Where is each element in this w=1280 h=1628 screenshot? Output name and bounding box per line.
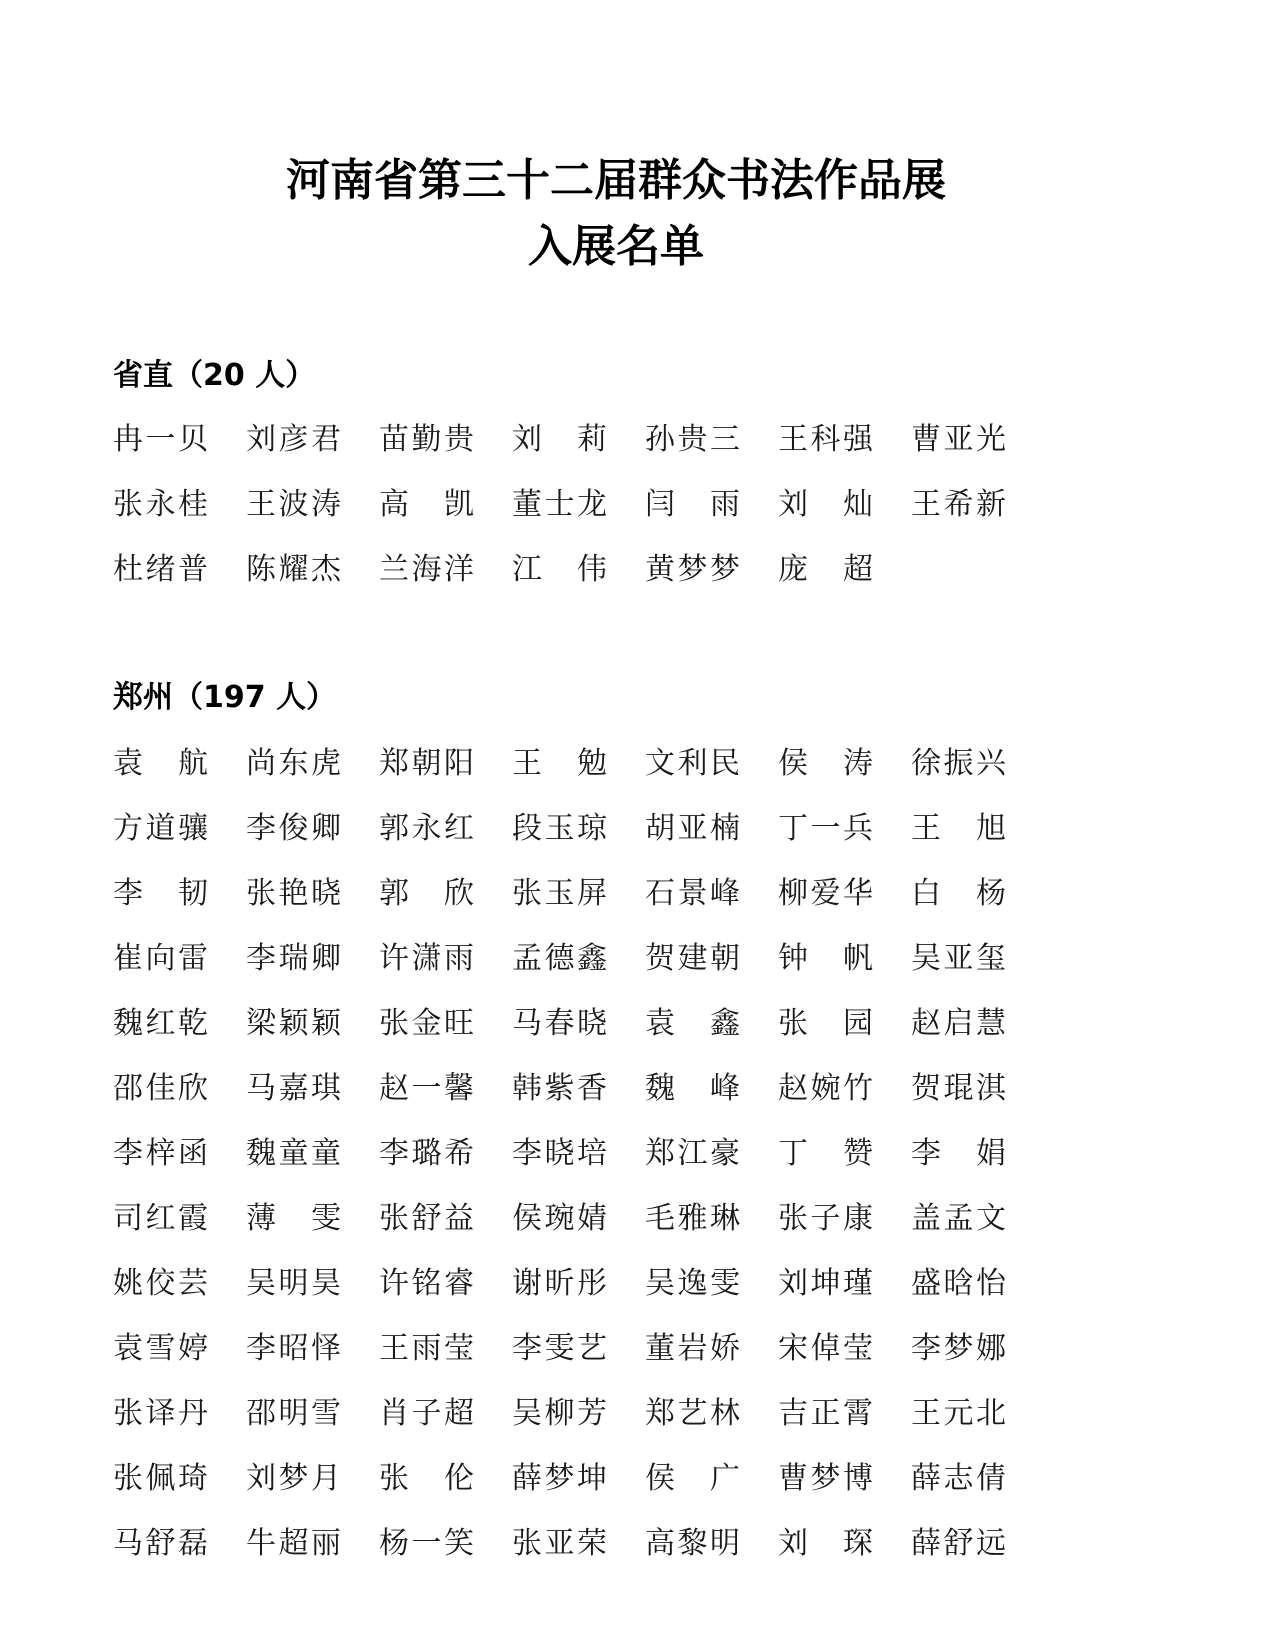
name-entry: 吉正霄 bbox=[778, 1394, 873, 1434]
name-entry: 张玉屏 bbox=[512, 874, 607, 914]
name-entry: 孙贵三 bbox=[645, 420, 740, 460]
name-entry: 王波涛 bbox=[246, 485, 341, 525]
name-entry: 李昭怿 bbox=[246, 1329, 341, 1369]
name-entry: 马春晓 bbox=[512, 1004, 607, 1044]
name-entry: 司红霞 bbox=[113, 1199, 208, 1239]
name-entry: 白杨 bbox=[911, 874, 1006, 914]
name-entry: 李璐希 bbox=[379, 1134, 474, 1174]
name-entry: 吴亚玺 bbox=[911, 939, 1006, 979]
name-entry: 董岩娇 bbox=[645, 1329, 740, 1369]
name-entry: 张园 bbox=[778, 1004, 873, 1044]
document-title: 河南省第三十二届群众书法作品展 bbox=[0, 155, 1232, 207]
names-grid-zhengzhou: 袁航尚东虎郑朝阳王勉文利民侯涛徐振兴方道骧李俊卿郭永红段玉琼胡亚楠丁一兵王旭李韧… bbox=[113, 744, 1044, 1589]
name-entry: 吴逸雯 bbox=[645, 1264, 740, 1304]
name-entry: 李俊卿 bbox=[246, 809, 341, 849]
name-entry: 孟德鑫 bbox=[512, 939, 607, 979]
name-entry: 冉一贝 bbox=[113, 420, 208, 460]
name-entry: 张译丹 bbox=[113, 1394, 208, 1434]
name-entry: 刘坤瑾 bbox=[778, 1264, 873, 1304]
name-entry: 许潇雨 bbox=[379, 939, 474, 979]
name-entry: 杜绪普 bbox=[113, 550, 208, 590]
document-subtitle: 入展名单 bbox=[0, 221, 1232, 273]
name-entry: 韩紫香 bbox=[512, 1069, 607, 1109]
name-entry: 江伟 bbox=[512, 550, 607, 590]
name-entry: 钟帆 bbox=[778, 939, 873, 979]
name-entry: 薛舒远 bbox=[911, 1524, 1006, 1564]
name-entry: 谢昕彤 bbox=[512, 1264, 607, 1304]
name-entry: 赵婉竹 bbox=[778, 1069, 873, 1109]
name-entry: 赵启慧 bbox=[911, 1004, 1006, 1044]
name-entry: 丁一兵 bbox=[778, 809, 873, 849]
name-entry: 盛晗怡 bbox=[911, 1264, 1006, 1304]
name-entry: 肖子超 bbox=[379, 1394, 474, 1434]
name-entry: 黄梦梦 bbox=[645, 550, 740, 590]
name-entry: 马舒磊 bbox=[113, 1524, 208, 1564]
name-entry: 梁颖颖 bbox=[246, 1004, 341, 1044]
name-entry: 李瑞卿 bbox=[246, 939, 341, 979]
name-entry: 石景峰 bbox=[645, 874, 740, 914]
name-entry: 刘灿 bbox=[778, 485, 873, 525]
name-entry: 苗勤贵 bbox=[379, 420, 474, 460]
name-entry: 李娟 bbox=[911, 1134, 1006, 1174]
name-entry: 胡亚楠 bbox=[645, 809, 740, 849]
name-entry: 刘莉 bbox=[512, 420, 607, 460]
name-entry: 张伦 bbox=[379, 1459, 474, 1499]
name-entry: 姚佼芸 bbox=[113, 1264, 208, 1304]
name-entry: 郑艺林 bbox=[645, 1394, 740, 1434]
name-entry: 尚东虎 bbox=[246, 744, 341, 784]
names-grid-shengzhi: 冉一贝刘彦君苗勤贵刘莉孙贵三王科强曹亚光张永桂王波涛高凯董士龙闫雨刘灿王希新杜绪… bbox=[113, 420, 1044, 615]
name-entry: 侯广 bbox=[645, 1459, 740, 1499]
name-entry: 刘梦月 bbox=[246, 1459, 341, 1499]
name-entry: 王勉 bbox=[512, 744, 607, 784]
section-header-zhengzhou: 郑州（197 人） bbox=[113, 678, 336, 718]
name-entry: 宋倬莹 bbox=[778, 1329, 873, 1369]
name-entry: 魏童童 bbox=[246, 1134, 341, 1174]
name-entry: 张亚荣 bbox=[512, 1524, 607, 1564]
name-entry: 高黎明 bbox=[645, 1524, 740, 1564]
name-entry: 李晓培 bbox=[512, 1134, 607, 1174]
name-entry: 张艳晓 bbox=[246, 874, 341, 914]
name-entry: 魏峰 bbox=[645, 1069, 740, 1109]
name-entry: 袁雪婷 bbox=[113, 1329, 208, 1369]
name-entry: 王旭 bbox=[911, 809, 1006, 849]
name-entry: 赵一馨 bbox=[379, 1069, 474, 1109]
name-entry: 郑朝阳 bbox=[379, 744, 474, 784]
name-entry: 吴柳芳 bbox=[512, 1394, 607, 1434]
name-entry: 李韧 bbox=[113, 874, 208, 914]
name-entry: 薛梦坤 bbox=[512, 1459, 607, 1499]
name-entry: 马嘉琪 bbox=[246, 1069, 341, 1109]
name-entry: 邵佳欣 bbox=[113, 1069, 208, 1109]
name-entry: 曹亚光 bbox=[911, 420, 1006, 460]
name-entry: 陈耀杰 bbox=[246, 550, 341, 590]
name-entry: 段玉琼 bbox=[512, 809, 607, 849]
name-entry: 王希新 bbox=[911, 485, 1006, 525]
name-entry: 牛超丽 bbox=[246, 1524, 341, 1564]
name-entry: 魏红乾 bbox=[113, 1004, 208, 1044]
name-entry: 贺琨淇 bbox=[911, 1069, 1006, 1109]
name-entry: 郭欣 bbox=[379, 874, 474, 914]
name-entry: 邵明雪 bbox=[246, 1394, 341, 1434]
name-entry: 袁航 bbox=[113, 744, 208, 784]
name-entry: 李梓函 bbox=[113, 1134, 208, 1174]
name-entry: 毛雅琳 bbox=[645, 1199, 740, 1239]
name-entry: 盖孟文 bbox=[911, 1199, 1006, 1239]
name-entry: 郭永红 bbox=[379, 809, 474, 849]
name-entry: 李雯艺 bbox=[512, 1329, 607, 1369]
name-entry: 许铭睿 bbox=[379, 1264, 474, 1304]
name-entry: 丁赞 bbox=[778, 1134, 873, 1174]
name-entry: 李梦娜 bbox=[911, 1329, 1006, 1369]
name-entry: 杨一笑 bbox=[379, 1524, 474, 1564]
name-entry: 刘琛 bbox=[778, 1524, 873, 1564]
name-entry: 张永桂 bbox=[113, 485, 208, 525]
name-entry: 张舒益 bbox=[379, 1199, 474, 1239]
name-entry: 张金旺 bbox=[379, 1004, 474, 1044]
name-entry: 王元北 bbox=[911, 1394, 1006, 1434]
name-entry: 文利民 bbox=[645, 744, 740, 784]
name-entry: 张子康 bbox=[778, 1199, 873, 1239]
name-entry: 曹梦博 bbox=[778, 1459, 873, 1499]
name-entry: 闫雨 bbox=[645, 485, 740, 525]
name-entry: 刘彦君 bbox=[246, 420, 341, 460]
name-entry: 薄雯 bbox=[246, 1199, 341, 1239]
name-entry: 方道骧 bbox=[113, 809, 208, 849]
name-entry: 张佩琦 bbox=[113, 1459, 208, 1499]
name-entry: 王雨莹 bbox=[379, 1329, 474, 1369]
name-entry: 高凯 bbox=[379, 485, 474, 525]
section-header-shengzhi: 省直（20 人） bbox=[113, 356, 315, 396]
name-entry: 董士龙 bbox=[512, 485, 607, 525]
name-entry: 徐振兴 bbox=[911, 744, 1006, 784]
name-entry: 袁鑫 bbox=[645, 1004, 740, 1044]
name-entry: 庞超 bbox=[778, 550, 873, 590]
name-entry: 薛志倩 bbox=[911, 1459, 1006, 1499]
name-entry: 王科强 bbox=[778, 420, 873, 460]
name-entry: 柳爱华 bbox=[778, 874, 873, 914]
name-entry: 吴明昊 bbox=[246, 1264, 341, 1304]
name-entry: 贺建朝 bbox=[645, 939, 740, 979]
name-entry: 郑江豪 bbox=[645, 1134, 740, 1174]
name-entry: 侯琬婧 bbox=[512, 1199, 607, 1239]
name-entry: 崔向雷 bbox=[113, 939, 208, 979]
name-entry: 侯涛 bbox=[778, 744, 873, 784]
name-entry: 兰海洋 bbox=[379, 550, 474, 590]
